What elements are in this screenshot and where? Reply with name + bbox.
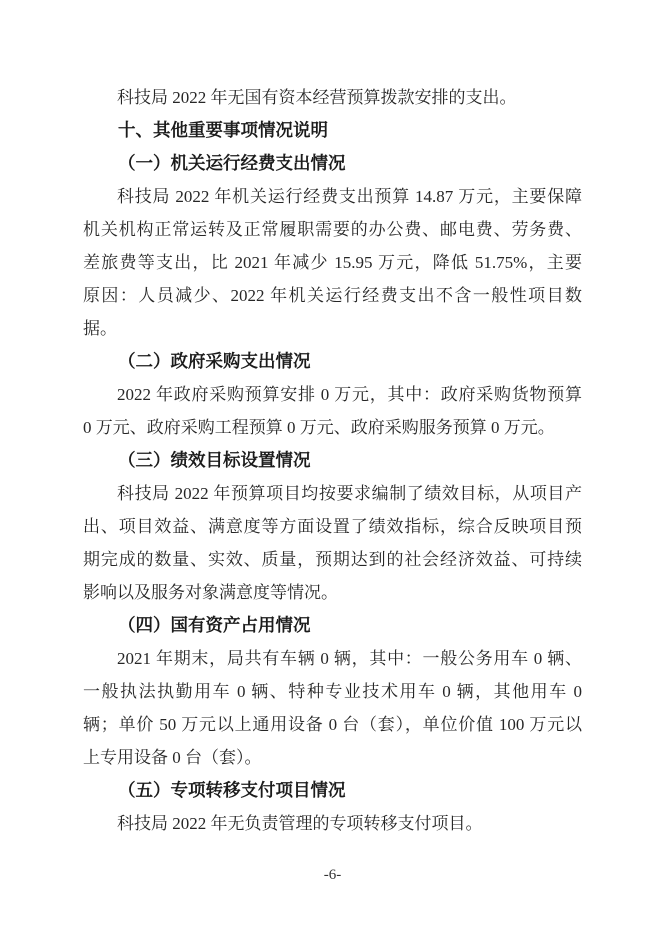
paragraph-line: 期完成的数量、实效、质量，预期达到的社会经济效益、可持续 [83,543,582,576]
document-page: 科技局 2022 年无国有资本经营预算拨款安排的支出。 十、其他重要事项情况说明… [0,0,662,936]
paragraph-line: 科技局 2022 年无负责管理的专项转移支付项目。 [83,807,582,840]
paragraph-line: 出、项目效益、满意度等方面设置了绩效指标，综合反映项目预 [83,510,582,543]
paragraph-line: 0 万元、政府采购工程预算 0 万元、政府采购服务预算 0 万元。 [83,411,582,444]
section-1-heading: （一）机关运行经费支出情况 [83,147,582,180]
main-heading: 十、其他重要事项情况说明 [83,114,582,147]
paragraph-line: 机关机构正常运转及正常履职需要的办公费、邮电费、劳务费、 [83,213,582,246]
paragraph-line: 科技局 2022 年机关运行经费支出预算 14.87 万元，主要保障 [83,180,582,213]
content-area: 科技局 2022 年无国有资本经营预算拨款安排的支出。 十、其他重要事项情况说明… [83,81,582,840]
intro-paragraph-line: 科技局 2022 年无国有资本经营预算拨款安排的支出。 [83,81,582,114]
section-4-heading: （四）国有资产占用情况 [83,609,582,642]
paragraph-line: 2022 年政府采购预算安排 0 万元，其中：政府采购货物预算 [83,378,582,411]
paragraph-line: 据。 [83,312,582,345]
paragraph-line: 原因：人员减少、2022 年机关运行经费支出不含一般性项目数 [83,279,582,312]
paragraph-line: 差旅费等支出，比 2021 年减少 15.95 万元，降低 51.75%，主要 [83,246,582,279]
section-2-heading: （二）政府采购支出情况 [83,345,582,378]
section-5-heading: （五）专项转移支付项目情况 [83,774,582,807]
section-3-heading: （三）绩效目标设置情况 [83,444,582,477]
page-footer: -6- [83,864,582,886]
paragraph-line: 上专用设备 0 台（套）。 [83,741,582,774]
paragraph-line: 辆；单价 50 万元以上通用设备 0 台（套），单位价值 100 万元以 [83,708,582,741]
page-number: -6- [324,867,342,883]
paragraph-line: 一般执法执勤用车 0 辆、特种专业技术用车 0 辆，其他用车 0 [83,675,582,708]
paragraph-line: 科技局 2022 年预算项目均按要求编制了绩效目标，从项目产 [83,477,582,510]
paragraph-line: 2021 年期末，局共有车辆 0 辆，其中：一般公务用车 0 辆、 [83,642,582,675]
paragraph-line: 影响以及服务对象满意度等情况。 [83,576,582,609]
